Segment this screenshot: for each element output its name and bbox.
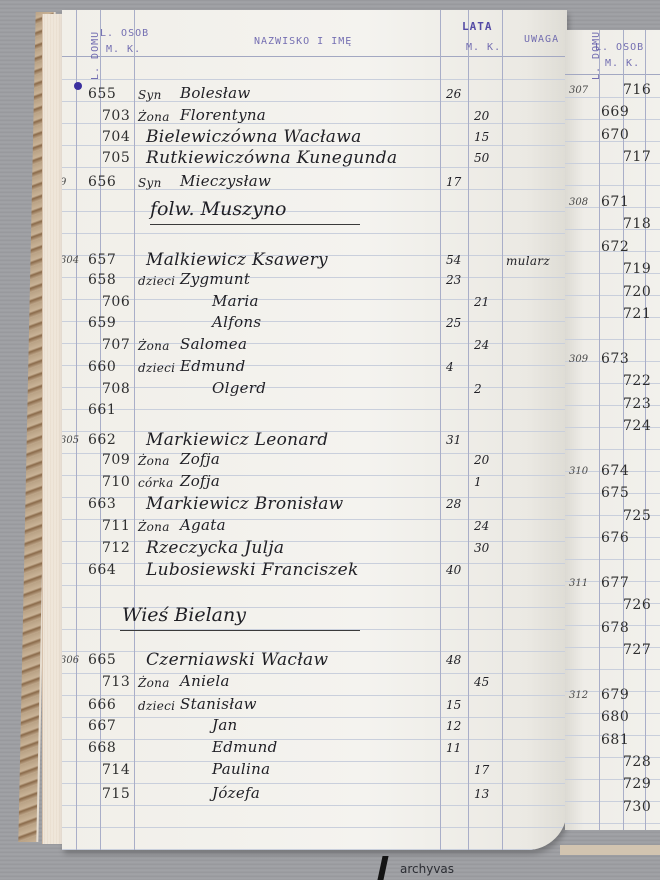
- age-female: 30: [474, 541, 489, 555]
- person-number-female: 716: [623, 82, 651, 98]
- age-male: 12: [446, 719, 461, 733]
- relation: Żona: [138, 676, 170, 690]
- relation: dzieci: [138, 274, 175, 288]
- register-row: 672: [565, 237, 660, 259]
- person-number-male: 672: [601, 239, 629, 255]
- house-number: 310: [569, 466, 588, 477]
- age-male: 17: [446, 175, 461, 189]
- section-underline: [150, 224, 360, 225]
- register-row: 721: [565, 304, 660, 326]
- register-row: 725: [565, 506, 660, 528]
- register-row: 669: [565, 102, 660, 124]
- person-name: Zofja: [180, 472, 220, 490]
- person-number-female: 706: [102, 294, 130, 310]
- register-row: 711ŻonaAgata24: [62, 516, 567, 538]
- person-number-male: 674: [601, 463, 629, 479]
- register-row: 9656SynMieczysław17: [62, 172, 567, 194]
- register-row: 719: [565, 259, 660, 281]
- register-row: 706Maria21: [62, 292, 567, 314]
- age-male: 31: [446, 433, 461, 447]
- person-name: Rzeczycka Julja: [146, 538, 284, 558]
- left-page: L. DOMU L. OSOB M. K. NAZWISKO I IMĘ LAT…: [62, 10, 567, 850]
- header-persons-no: L. OSOB: [595, 42, 644, 53]
- person-number-male: 679: [601, 687, 629, 703]
- section-heading: folw. Muszyno: [150, 198, 287, 220]
- person-name: Bolesław: [180, 84, 250, 102]
- register-row: 680: [565, 707, 660, 729]
- person-name: Edmund: [212, 738, 278, 756]
- person-number-female: 715: [102, 786, 130, 802]
- register-row: 707ŻonaSalomea24: [62, 335, 567, 357]
- person-name: Malkiewicz Ksawery: [146, 250, 328, 270]
- header-persons-mk: M. K.: [605, 58, 640, 69]
- register-row: 709ŻonaZofja20: [62, 450, 567, 472]
- header-age: LATA: [462, 20, 493, 33]
- age-female: 24: [474, 338, 489, 352]
- register-row: 717: [565, 147, 660, 169]
- relation: dzieci: [138, 361, 175, 375]
- age-female: 21: [474, 295, 489, 309]
- person-name: Stanisław: [180, 695, 257, 713]
- age-female: 50: [474, 151, 489, 165]
- relation: Żona: [138, 110, 170, 124]
- age-male: 28: [446, 497, 461, 511]
- register-row: 670: [565, 125, 660, 147]
- relation: Syn: [138, 176, 162, 190]
- person-number-male: 668: [88, 740, 116, 756]
- person-name: Józefa: [212, 784, 260, 802]
- person-name: Mieczysław: [180, 172, 271, 190]
- age-female: 20: [474, 453, 489, 467]
- age-male: 15: [446, 698, 461, 712]
- remarks: mularz: [506, 254, 550, 268]
- house-number: 312: [569, 690, 588, 701]
- header-remarks: UWAGA: [524, 34, 559, 45]
- register-row: 675: [565, 483, 660, 505]
- person-number-male: 660: [88, 359, 116, 375]
- person-number-male: 680: [601, 709, 629, 725]
- person-name: Zofja: [180, 450, 220, 468]
- header-name: NAZWISKO I IMĘ: [254, 36, 352, 47]
- person-number-male: 662: [88, 432, 116, 448]
- relation: Żona: [138, 520, 170, 534]
- register-row: 676: [565, 528, 660, 550]
- person-number-male: 656: [88, 174, 116, 190]
- person-number-female: 724: [623, 418, 651, 434]
- page-tab: [560, 845, 660, 855]
- person-number-female: 721: [623, 306, 651, 322]
- house-number: 308: [569, 197, 588, 208]
- register-row: 667Jan12: [62, 716, 567, 738]
- person-name: Aniela: [180, 672, 230, 690]
- person-number-female: 712: [102, 540, 130, 556]
- person-name: Rutkiewiczówna Kunegunda: [146, 148, 397, 168]
- person-name: Paulina: [212, 760, 270, 778]
- header-persons-mk: M. K.: [106, 44, 141, 55]
- person-number-female: 719: [623, 261, 651, 277]
- register-row: 710córkaZofja1: [62, 472, 567, 494]
- age-male: 40: [446, 563, 461, 577]
- header-house-no: L. DOMU: [591, 31, 602, 80]
- register-row: 306665Czerniawski Wacław48: [62, 650, 567, 672]
- register-row: 312679: [565, 685, 660, 707]
- house-number: 305: [62, 435, 79, 446]
- person-name: Bielewiczówna Wacława: [146, 127, 362, 147]
- section-heading: Wieś Bielany: [122, 604, 246, 626]
- person-number-female: 710: [102, 474, 130, 490]
- age-female: 2: [474, 382, 482, 396]
- age-male: 54: [446, 253, 461, 267]
- right-page: L. DOMU L. OSOB M. K. 307716669670717308…: [565, 30, 660, 830]
- person-number-male: 661: [88, 402, 116, 418]
- person-number-female: 714: [102, 762, 130, 778]
- person-name: Salomea: [180, 335, 247, 353]
- age-male: 48: [446, 653, 461, 667]
- register-row: 664Lubosiewski Franciszek40: [62, 560, 567, 582]
- person-name: Lubosiewski Franciszek: [146, 560, 359, 580]
- age-male: 4: [446, 360, 454, 374]
- register-row: 704Bielewiczówna Wacława15: [62, 127, 567, 149]
- person-number-female: 711: [102, 518, 130, 534]
- person-number-female: 707: [102, 337, 130, 353]
- register-row: 714Paulina17: [62, 760, 567, 782]
- register-row: 309673: [565, 349, 660, 371]
- register-row: 724: [565, 416, 660, 438]
- person-number-male: 677: [601, 575, 629, 591]
- person-number-female: 726: [623, 597, 651, 613]
- register-row: 713ŻonaAniela45: [62, 672, 567, 694]
- register-row: 305662Markiewicz Leonard31: [62, 430, 567, 452]
- person-name: Maria: [212, 292, 259, 310]
- person-number-female: 718: [623, 216, 651, 232]
- age-female: 17: [474, 763, 489, 777]
- register-row: 703ŻonaFlorentyna20: [62, 106, 567, 128]
- relation: Syn: [138, 88, 162, 102]
- person-number-male: 669: [601, 104, 629, 120]
- person-number-female: 728: [623, 754, 651, 770]
- register-row: 718: [565, 214, 660, 236]
- house-number: 9: [62, 177, 66, 188]
- person-name: Olgerd: [212, 379, 266, 397]
- age-male: 23: [446, 273, 461, 287]
- register-row: [565, 438, 660, 460]
- house-number: 304: [62, 255, 79, 266]
- person-name: Agata: [180, 516, 226, 534]
- relation: Żona: [138, 454, 170, 468]
- register-row: 726: [565, 595, 660, 617]
- register-row: [565, 170, 660, 192]
- person-name: Zygmunt: [180, 270, 250, 288]
- person-number-male: 655: [88, 86, 116, 102]
- person-number-male: 673: [601, 351, 629, 367]
- register-row: 660dzieciEdmund4: [62, 357, 567, 379]
- register-row: 708Olgerd2: [62, 379, 567, 401]
- watermark: archyvas: [400, 862, 454, 876]
- relation: Żona: [138, 339, 170, 353]
- age-male: 11: [446, 741, 461, 755]
- register-row: 663Markiewicz Bronisław28: [62, 494, 567, 516]
- register-row: 661: [62, 400, 567, 422]
- person-number-female: 725: [623, 508, 651, 524]
- register-row: 723: [565, 394, 660, 416]
- register-row: 307716: [565, 80, 660, 102]
- register-row: 712Rzeczycka Julja30: [62, 538, 567, 560]
- register-row: 666dzieciStanisław15: [62, 695, 567, 717]
- register-row: [565, 662, 660, 684]
- register-row: 308671: [565, 192, 660, 214]
- age-female: 15: [474, 130, 489, 144]
- register-row: 658dzieciZygmunt23: [62, 270, 567, 292]
- relation: dzieci: [138, 699, 175, 713]
- person-number-male: 681: [601, 732, 629, 748]
- section-underline: [120, 630, 360, 631]
- age-male: 26: [446, 87, 461, 101]
- register-row: 728: [565, 752, 660, 774]
- person-number-female: 713: [102, 674, 130, 690]
- age-female: 1: [474, 475, 482, 489]
- person-number-female: 720: [623, 284, 651, 300]
- register-row: 705Rutkiewiczówna Kunegunda50: [62, 148, 567, 170]
- person-number-female: 703: [102, 108, 130, 124]
- register-row: 655SynBolesław26: [62, 84, 567, 106]
- house-number: 309: [569, 354, 588, 365]
- person-number-male: 676: [601, 530, 629, 546]
- person-name: Alfons: [212, 313, 261, 331]
- header-age-mk: M. K.: [466, 42, 501, 53]
- person-number-male: 665: [88, 652, 116, 668]
- register-row: 659Alfons25: [62, 313, 567, 335]
- person-number-male: 678: [601, 620, 629, 636]
- person-name: Markiewicz Leonard: [146, 430, 328, 450]
- relation: córka: [138, 476, 174, 490]
- register-row: 681: [565, 730, 660, 752]
- register-row: 720: [565, 282, 660, 304]
- person-number-female: 730: [623, 799, 651, 815]
- person-number-male: 675: [601, 485, 629, 501]
- person-name: Markiewicz Bronisław: [146, 494, 344, 514]
- person-number-female: 705: [102, 150, 130, 166]
- register-row: 729: [565, 774, 660, 796]
- person-number-female: 723: [623, 396, 651, 412]
- register-row: 730: [565, 797, 660, 819]
- register-row: 715Józefa13: [62, 784, 567, 806]
- person-number-male: 664: [88, 562, 116, 578]
- person-name: Edmund: [180, 357, 246, 375]
- person-number-female: 727: [623, 642, 651, 658]
- person-name: Czerniawski Wacław: [146, 650, 328, 670]
- register-row: 310674: [565, 461, 660, 483]
- person-number-male: 663: [88, 496, 116, 512]
- person-number-female: 709: [102, 452, 130, 468]
- person-number-male: 657: [88, 252, 116, 268]
- header-persons-no: L. OSOB: [100, 28, 149, 39]
- person-number-female: 704: [102, 129, 130, 145]
- register-row: 727: [565, 640, 660, 662]
- register-row: 722: [565, 371, 660, 393]
- register-row: 678: [565, 618, 660, 640]
- house-number: 307: [569, 85, 588, 96]
- person-number-female: 717: [623, 149, 651, 165]
- person-number-male: 671: [601, 194, 629, 210]
- person-name: Jan: [212, 716, 238, 734]
- age-female: 45: [474, 675, 489, 689]
- person-number-male: 666: [88, 697, 116, 713]
- header-rule: [62, 56, 567, 57]
- person-number-female: 708: [102, 381, 130, 397]
- register-row: [565, 550, 660, 572]
- register-row: 304657Malkiewicz Ksawery54mularz: [62, 250, 567, 272]
- register-row: 311677: [565, 573, 660, 595]
- age-female: 13: [474, 787, 489, 801]
- house-number: 306: [62, 655, 79, 666]
- person-number-female: 722: [623, 373, 651, 389]
- register-row: [565, 326, 660, 348]
- person-number-male: 658: [88, 272, 116, 288]
- person-number-female: 729: [623, 776, 651, 792]
- person-number-male: 667: [88, 718, 116, 734]
- register-row: 668Edmund11: [62, 738, 567, 760]
- person-number-male: 670: [601, 127, 629, 143]
- age-female: 20: [474, 109, 489, 123]
- age-male: 25: [446, 316, 461, 330]
- house-number: 311: [569, 578, 588, 589]
- person-name: Florentyna: [180, 106, 266, 124]
- age-female: 24: [474, 519, 489, 533]
- person-number-male: 659: [88, 315, 116, 331]
